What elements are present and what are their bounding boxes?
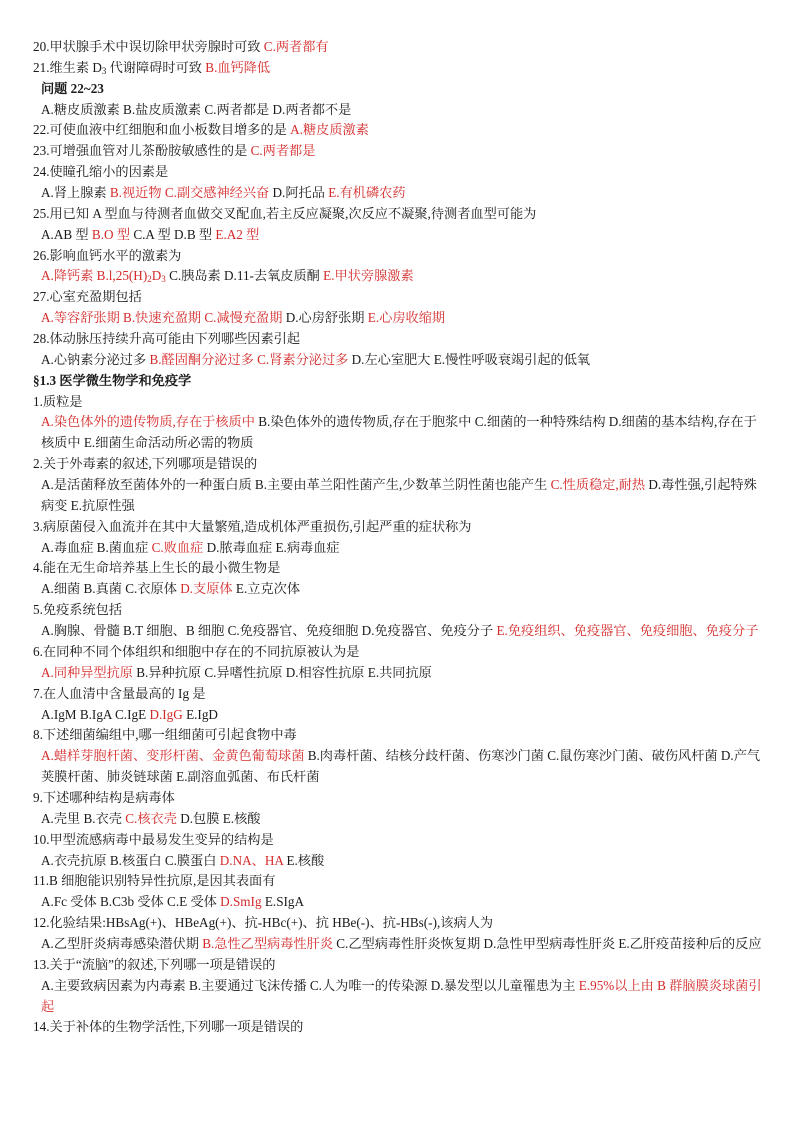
question-stem: 9.下述哪种结构是病毒体 (33, 788, 763, 809)
answer-options: A.壳里 B.衣壳 C.核衣壳 D.包膜 E.核酸 (33, 809, 763, 830)
answer-options: A.毒血症 B.菌血症 C.败血症 D.脓毒血症 E.病毒血症 (33, 538, 763, 559)
text-span: 25.用已知 A 型血与待测者血做交叉配血,若主反应凝聚,次反应不凝聚,待测者血… (33, 206, 536, 221)
answer-options: A.IgM B.IgA C.IgE D.IgG E.IgD (33, 705, 763, 726)
correct-answer-text: A.糖皮质激素 (290, 122, 369, 137)
answer-options: A.肾上腺素 B.视近物 C.副交感神经兴奋 D.阿托品 E.有机磷农药 (33, 183, 763, 204)
answer-options: A.蜡样芽胞杆菌、变形杆菌、金黄色葡萄球菌 B.肉毒杆菌、结核分歧杆菌、伤寒沙门… (33, 746, 763, 788)
section-heading: §1.3 医学微生物学和免疫学 (33, 371, 763, 392)
text-span: 28.体动脉压持续升高可能由下列哪些因素引起 (33, 331, 300, 346)
text-span: 3.病原菌侵入血流并在其中大量繁殖,造成机体严重损伤,引起严重的症状称为 (33, 519, 471, 534)
text-span: 26.影响血钙水平的激素为 (33, 248, 181, 263)
correct-answer-text: B.O 型 (92, 227, 130, 242)
question-group-heading: 问题 22~23 (33, 79, 763, 100)
text-span: A.AB 型 (41, 227, 92, 242)
text-span: E.立克次体 (233, 581, 300, 596)
text-span: 22.可使血液中红细胞和血小板数目增多的是 (33, 122, 290, 137)
text-span: 6.在同种不同个体组织和细胞中存在的不同抗原被认为是 (33, 644, 359, 659)
text-span: 23.可增强血管对儿茶酚胺敏感性的是 (33, 143, 251, 158)
text-span: A.壳里 B.衣壳 (41, 811, 125, 826)
question-stem: 22.可使血液中红细胞和血小板数目增多的是 A.糖皮质激素 (33, 120, 763, 141)
answer-options: A.等容舒张期 B.快速充盈期 C.减慢充盈期 D.心房舒张期 E.心房收缩期 (33, 308, 763, 329)
question-stem: 8.下述细菌编组中,哪一组细菌可引起食物中毒 (33, 725, 763, 746)
text-span: A.心钠素分泌过多 (41, 352, 149, 367)
text-span: 27.心室充盈期包括 (33, 289, 142, 304)
text-span: A.细菌 B.真菌 C.衣原体 (41, 581, 180, 596)
text-span: 14.关于补体的生物学活性,下列哪一项是错误的 (33, 1019, 303, 1034)
question-stem: 20.甲状腺手术中误切除甲状旁腺时可致 C.两者都有 (33, 37, 763, 58)
text-span: §1.3 医学微生物学和免疫学 (33, 373, 191, 388)
correct-answer-text: C.核衣壳 (125, 811, 177, 826)
answer-options: A.乙型肝炎病毒感染潜伏期 B.急性乙型病毒性肝炎 C.乙型病毒性肝炎恢复期 D… (33, 934, 763, 955)
text-span: C.A 型 D.B 型 (130, 227, 215, 242)
correct-answer-text: E.心房收缩期 (368, 310, 445, 325)
question-stem: 2.关于外毒素的叙述,下列哪项是错误的 (33, 454, 763, 475)
correct-answer-text: B.血钙降低 (205, 60, 270, 75)
text-span: 4.能在无生命培养基上生长的最小微生物是 (33, 560, 280, 575)
question-stem: 21.维生素 D3 代谢障碍时可致 B.血钙降低 (33, 58, 763, 79)
text-span: A.是活菌释放至菌体外的一种蛋白质 B.主要由革兰阳性菌产生,少数革兰阴性菌也能… (41, 477, 551, 492)
correct-answer-text: C.性质稳定,耐热 (551, 477, 646, 492)
question-stem: 14.关于补体的生物学活性,下列哪一项是错误的 (33, 1017, 763, 1038)
question-stem: 12.化验结果:HBsAg(+)、HBeAg(+)、抗-HBc(+)、抗 HBe… (33, 913, 763, 934)
text-span: E.核酸 (283, 853, 324, 868)
answer-options: A.是活菌释放至菌体外的一种蛋白质 B.主要由革兰阳性菌产生,少数革兰阴性菌也能… (33, 475, 763, 517)
question-stem: 3.病原菌侵入血流并在其中大量繁殖,造成机体严重损伤,引起严重的症状称为 (33, 517, 763, 538)
question-stem: 27.心室充盈期包括 (33, 287, 763, 308)
correct-answer-text: D.支原体 (180, 581, 232, 596)
text-span: D.心房舒张期 (282, 310, 367, 325)
question-stem: 10.甲型流感病毒中最易发生变异的结构是 (33, 830, 763, 851)
document-page: 20.甲状腺手术中误切除甲状旁腺时可致 C.两者都有21.维生素 D3 代谢障碍… (33, 37, 763, 1038)
text-span: D.阿托品 (269, 185, 328, 200)
question-stem: 7.在人血清中含量最高的 Ig 是 (33, 684, 763, 705)
correct-answer-text: D.IgG (149, 707, 182, 722)
text-span: 2.关于外毒素的叙述,下列哪项是错误的 (33, 456, 257, 471)
text-span: A.糖皮质激素 B.盐皮质激素 C.两者都是 D.两者都不是 (41, 102, 351, 117)
correct-answer-text: D.NA、HA (220, 853, 283, 868)
text-span: B.异种抗原 C.异嗜性抗原 D.相容性抗原 E.共同抗原 (133, 665, 432, 680)
text-span: C.乙型病毒性肝炎恢复期 D.急性甲型病毒性肝炎 E.乙肝疫苗接种后的反应 (333, 936, 762, 951)
question-stem: 5.免疫系统包括 (33, 600, 763, 621)
text-span: 代谢障碍时可致 (106, 60, 205, 75)
text-span: 5.免疫系统包括 (33, 602, 122, 617)
text-span: D.左心室肥大 E.慢性呼吸衰竭引起的低氧 (348, 352, 590, 367)
correct-answer-text: A.降钙素 B.l,25(H) (41, 268, 147, 283)
correct-answer-text: C.两者都是 (251, 143, 316, 158)
text-span: 问题 22~23 (41, 81, 104, 96)
question-stem: 13.关于“流脑”的叙述,下列哪一项是错误的 (33, 955, 763, 976)
text-span: A.衣壳抗原 B.核蛋白 C.膜蛋白 (41, 853, 220, 868)
question-stem: 28.体动脉压持续升高可能由下列哪些因素引起 (33, 329, 763, 350)
text-span: 20.甲状腺手术中误切除甲状旁腺时可致 (33, 39, 264, 54)
question-stem: 26.影响血钙水平的激素为 (33, 246, 763, 267)
question-stem: 24.使瞳孔缩小的因素是 (33, 162, 763, 183)
correct-answer-text: A.同种异型抗原 (41, 665, 133, 680)
text-span: E.SIgA (262, 894, 305, 909)
answer-options: A.染色体外的遗传物质,存在于核质中 B.染色体外的遗传物质,存在于胞浆中 C.… (33, 412, 763, 454)
question-stem: 25.用已知 A 型血与待测者血做交叉配血,若主反应凝聚,次反应不凝聚,待测者血… (33, 204, 763, 225)
answer-options: A.心钠素分泌过多 B.醛固酮分泌过多 C.肾素分泌过多 D.左心室肥大 E.慢… (33, 350, 763, 371)
correct-answer-text: C.败血症 (152, 540, 204, 555)
correct-answer-text: B.急性乙型病毒性肝炎 (202, 936, 333, 951)
text-span: 1.质粒是 (33, 394, 82, 409)
correct-answer-text: B.视近物 C.副交感神经兴奋 (110, 185, 269, 200)
text-span: 24.使瞳孔缩小的因素是 (33, 164, 168, 179)
text-span: 21.维生素 D (33, 60, 102, 75)
text-span: E.IgD (183, 707, 218, 722)
question-stem: 23.可增强血管对儿茶酚胺敏感性的是 C.两者都是 (33, 141, 763, 162)
answer-options: A.同种异型抗原 B.异种抗原 C.异嗜性抗原 D.相容性抗原 E.共同抗原 (33, 663, 763, 684)
answer-options: A.主要致病因素为内毒素 B.主要通过飞沫传播 C.人为唯一的传染源 D.暴发型… (33, 976, 763, 1018)
answer-options: A.Fc 受体 B.C3b 受体 C.E 受体 D.SmIg E.SIgA (33, 892, 763, 913)
text-span: A.肾上腺素 (41, 185, 110, 200)
correct-answer-text: E.免疫组织、免疫器官、免疫细胞、免疫分子 (496, 623, 758, 638)
correct-answer-text: D (152, 268, 162, 283)
question-stem: 4.能在无生命培养基上生长的最小微生物是 (33, 558, 763, 579)
text-span: A.乙型肝炎病毒感染潜伏期 (41, 936, 202, 951)
correct-answer-text: E.有机磷农药 (328, 185, 405, 200)
answer-options: A.胸腺、骨髓 B.T 细胞、B 细胞 C.免疫器官、免疫细胞 D.免疫器官、免… (33, 621, 763, 642)
correct-answer-text: A.蜡样芽胞杆菌、变形杆菌、金黄色葡萄球菌 (41, 748, 304, 763)
correct-answer-text: A.等容舒张期 B.快速充盈期 C.减慢充盈期 (41, 310, 282, 325)
text-span: 9.下述哪种结构是病毒体 (33, 790, 175, 805)
question-stem: 1.质粒是 (33, 392, 763, 413)
text-span: 12.化验结果:HBsAg(+)、HBeAg(+)、抗-HBc(+)、抗 HBe… (33, 915, 493, 930)
correct-answer-text: C.两者都有 (264, 39, 329, 54)
text-span: A.主要致病因素为内毒素 B.主要通过飞沫传播 C.人为唯一的传染源 D.暴发型… (41, 978, 579, 993)
answer-options: A.AB 型 B.O 型 C.A 型 D.B 型 E.A2 型 (33, 225, 763, 246)
answer-options: A.糖皮质激素 B.盐皮质激素 C.两者都是 D.两者都不是 (33, 100, 763, 121)
text-span: A.胸腺、骨髓 B.T 细胞、B 细胞 C.免疫器官、免疫细胞 D.免疫器官、免… (41, 623, 496, 638)
text-span: D.脓毒血症 E.病毒血症 (203, 540, 339, 555)
correct-answer-text: D.SmIg (220, 894, 261, 909)
correct-answer-text: B.醛固酮分泌过多 C.肾素分泌过多 (149, 352, 348, 367)
text-span: 8.下述细菌编组中,哪一组细菌可引起食物中毒 (33, 727, 297, 742)
correct-answer-text: E.甲状旁腺激素 (323, 268, 413, 283)
text-span: 7.在人血清中含量最高的 Ig 是 (33, 686, 206, 701)
correct-answer-text: E.A2 型 (215, 227, 259, 242)
correct-answer-text: A.染色体外的遗传物质,存在于核质中 (41, 414, 255, 429)
text-span: A.毒血症 B.菌血症 (41, 540, 152, 555)
text-span: 10.甲型流感病毒中最易发生变异的结构是 (33, 832, 274, 847)
text-span: A.Fc 受体 B.C3b 受体 C.E 受体 (41, 894, 220, 909)
answer-options: A.衣壳抗原 B.核蛋白 C.膜蛋白 D.NA、HA E.核酸 (33, 851, 763, 872)
answer-options: A.细菌 B.真菌 C.衣原体 D.支原体 E.立克次体 (33, 579, 763, 600)
text-span: 13.关于“流脑”的叙述,下列哪一项是错误的 (33, 957, 276, 972)
question-stem: 11.B 细胞能识别特异性抗原,是因其表面有 (33, 871, 763, 892)
question-stem: 6.在同种不同个体组织和细胞中存在的不同抗原被认为是 (33, 642, 763, 663)
text-span: C.胰岛素 D.11-去氧皮质酮 (166, 268, 323, 283)
text-span: 11.B 细胞能识别特异性抗原,是因其表面有 (33, 873, 275, 888)
text-span: D.包膜 E.核酸 (177, 811, 261, 826)
answer-options: A.降钙素 B.l,25(H)2D3 C.胰岛素 D.11-去氧皮质酮 E.甲状… (33, 266, 763, 287)
text-span: A.IgM B.IgA C.IgE (41, 707, 149, 722)
